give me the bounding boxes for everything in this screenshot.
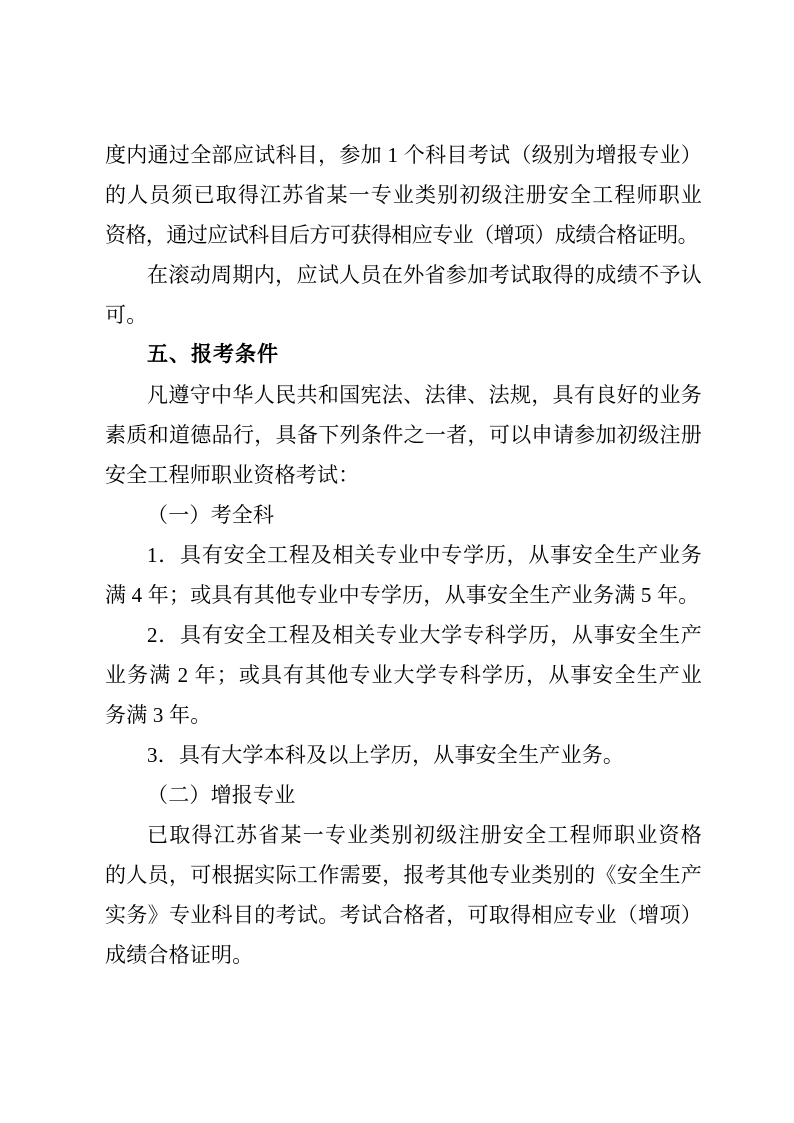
text-line: 凡遵守中华人民共和国宪法、法律、法规，具有良好的业务 <box>105 375 702 415</box>
section-heading: 五、报考条件 <box>105 335 702 375</box>
text-line: 实务》专业科目的考试。考试合格者，可取得相应专业（增项） <box>105 895 702 935</box>
text-line: 3．具有大学本科及以上学历，从事安全生产业务。 <box>105 735 702 775</box>
text-line: 素质和道德品行，具备下列条件之一者，可以申请参加初级注册 <box>105 415 702 455</box>
text-line: 的人员，可根据实际工作需要，报考其他专业类别的《安全生产 <box>105 855 702 895</box>
text-line: 在滚动周期内，应试人员在外省参加考试取得的成绩不予认 <box>105 255 702 295</box>
list-item-label: （一）考全科 <box>105 495 702 535</box>
list-item-label: （二）增报专业 <box>105 775 702 815</box>
text-line: 满 4 年；或具有其他专业中专学历，从事安全生产业务满 5 年。 <box>105 575 702 615</box>
text-line: 务满 3 年。 <box>105 695 702 735</box>
text-line: 2．具有安全工程及相关专业大学专科学历，从事安全生产 <box>105 615 702 655</box>
document-text-block: 度内通过全部应试科目，参加 1 个科目考试（级别为增报专业） 的人员须已取得江苏… <box>105 135 702 975</box>
text-line: 1．具有安全工程及相关专业中专学历，从事安全生产业务 <box>105 535 702 575</box>
text-line: 资格，通过应试科目后方可获得相应专业（增项）成绩合格证明。 <box>105 215 702 255</box>
text-line: 安全工程师职业资格考试： <box>105 455 702 495</box>
text-line: 度内通过全部应试科目，参加 1 个科目考试（级别为增报专业） <box>105 135 702 175</box>
document-page: 度内通过全部应试科目，参加 1 个科目考试（级别为增报专业） 的人员须已取得江苏… <box>0 0 794 1123</box>
text-line: 的人员须已取得江苏省某一专业类别初级注册安全工程师职业 <box>105 175 702 215</box>
text-line: 可。 <box>105 295 702 335</box>
text-line: 成绩合格证明。 <box>105 935 702 975</box>
text-line: 已取得江苏省某一专业类别初级注册安全工程师职业资格 <box>105 815 702 855</box>
text-line: 业务满 2 年；或具有其他专业大学专科学历，从事安全生产业 <box>105 655 702 695</box>
